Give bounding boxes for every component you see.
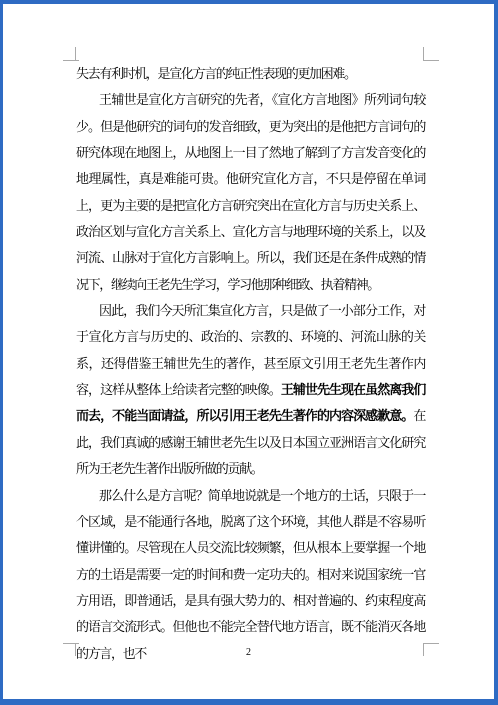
paragraph[interactable]: 失去有利时机，是宣化方言的纯正性表现的更加困难。 [76,61,425,87]
text-body[interactable]: 失去有利时机，是宣化方言的纯正性表现的更加困难。王辅世是宣化方言研究的先者，《宣… [76,61,425,667]
paragraph[interactable]: 那么什么是方言呢？简单地说就是一个地方的土话，只限于一个区域，是不能通行各地，脱… [76,483,425,667]
text-boundary-mark-top-left [75,47,76,61]
document-page[interactable]: 失去有利时机，是宣化方言的纯正性表现的更加困难。王辅世是宣化方言研究的先者，《宣… [3,4,494,699]
paragraph[interactable]: 因此，我们今天所汇集宣化方言，只是做了一小部分工作，对于宣化方言与历史的、政治的… [76,298,425,482]
text-boundary-mark-top-right [423,60,439,61]
paragraph[interactable]: 王辅世是宣化方言研究的先者，《宣化方言地图》所列词句较少。但是他研究的词句的发音… [76,87,425,298]
text-segment[interactable]: 王辅世是宣化方言研究的先者，《宣化方言地图》所列词句较少。但是他研究的词句的发音… [76,92,425,291]
text-segment[interactable]: 失去有利时机，是宣化方言的纯正性表现的更加困难。 [76,66,356,81]
text-boundary-mark-bottom-right [423,643,439,644]
document-viewport: { "page": { "number": "2", "background_c… [0,0,498,705]
text-boundary-mark-top-right [423,47,424,61]
text-segment[interactable]: 那么什么是方言呢？简单地说就是一个地方的土话，只限于一个区域，是不能通行各地，脱… [76,488,425,661]
page-number: 2 [3,647,494,658]
